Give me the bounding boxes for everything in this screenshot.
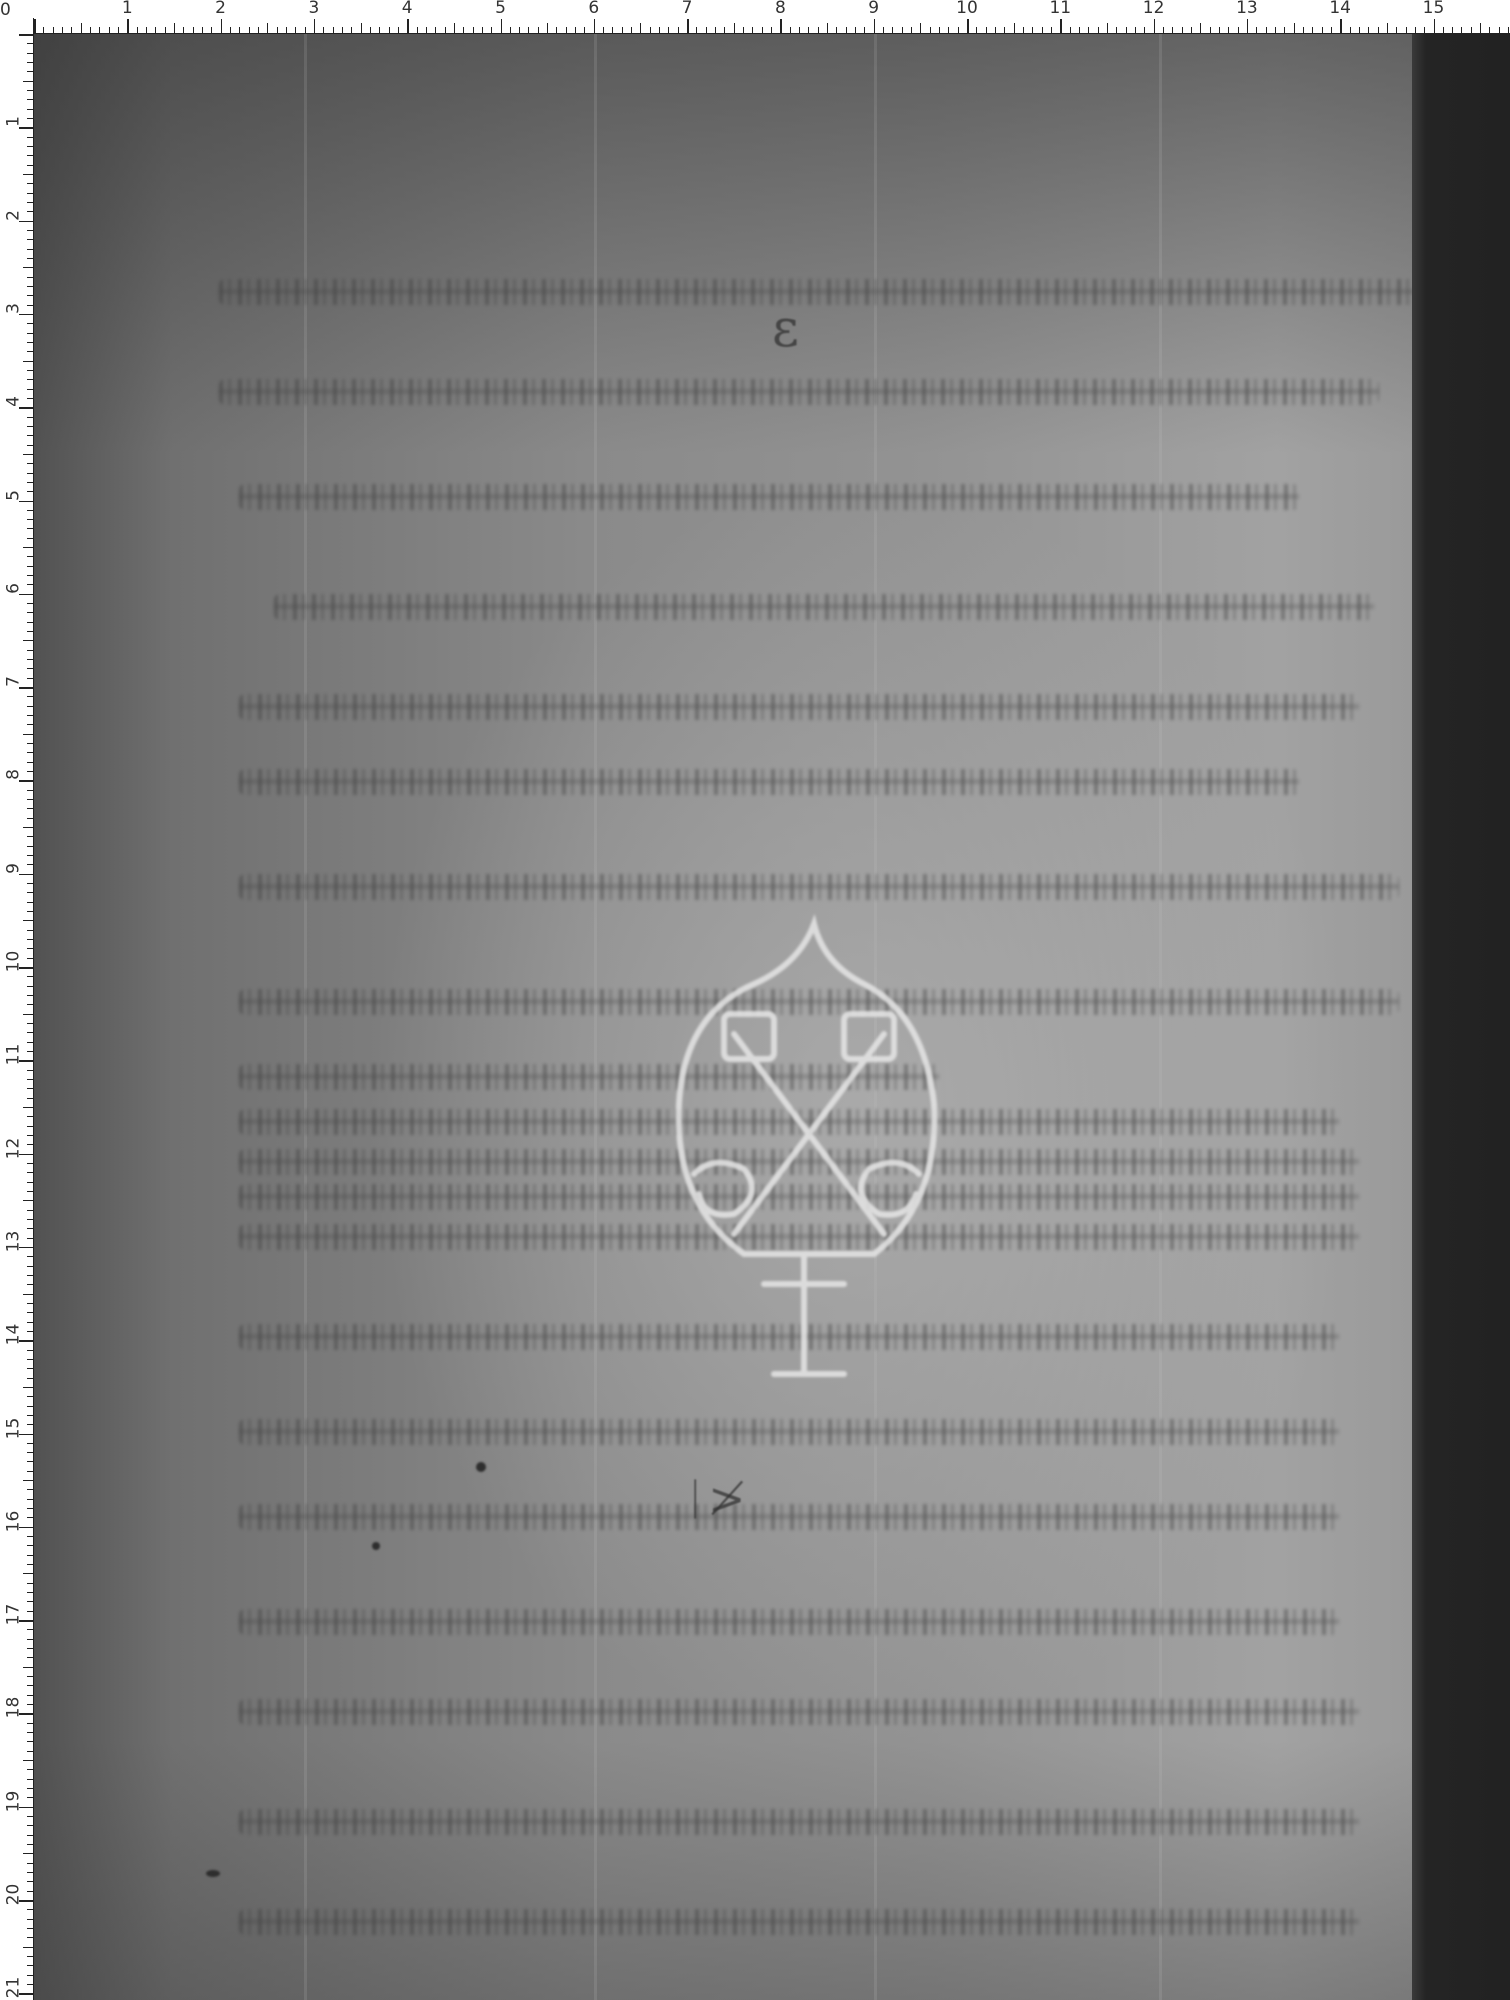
ruler-label: 4 [6, 389, 23, 415]
ruler-tick [379, 27, 380, 33]
ruler-label: 15 [6, 1415, 23, 1441]
ruler-tick [27, 1984, 33, 1985]
ruler-tick [27, 706, 33, 707]
ruler-label: 3 [308, 0, 319, 17]
ruler-tick [23, 1200, 33, 1201]
ruler-tick [1182, 27, 1183, 33]
ruler-tick [519, 27, 520, 33]
ruler-tick [1004, 27, 1005, 33]
handwriting-line [274, 594, 1374, 620]
ruler-tick [27, 1788, 33, 1789]
ruler-tick [27, 528, 33, 529]
ruler-tick [473, 27, 474, 33]
ruler-tick [27, 1163, 33, 1164]
ruler-tick [27, 1415, 33, 1416]
ruler-tick [1098, 27, 1099, 33]
ruler-tick [27, 1350, 33, 1351]
ruler-tick [27, 1312, 33, 1313]
ruler-tick [27, 193, 33, 194]
ruler-tick [155, 27, 156, 33]
ruler-label: 18 [6, 1695, 23, 1721]
ruler-tick [23, 734, 33, 735]
handwriting-line [219, 279, 1419, 305]
ruler-tick [27, 473, 33, 474]
ruler-tick [27, 519, 33, 520]
ruler-label: 7 [682, 0, 693, 17]
ruler-tick [27, 1872, 33, 1873]
ruler-tick [920, 23, 921, 33]
ruler-tick [27, 463, 33, 464]
ruler-tick [27, 1126, 33, 1127]
ruler-tick [27, 165, 33, 166]
ruler-tick [958, 27, 959, 33]
ruler-tick [27, 1424, 33, 1425]
ruler-tick [27, 603, 33, 604]
ruler-tick [846, 27, 847, 33]
ruler-tick [23, 1947, 33, 1948]
ruler-label: 4 [402, 0, 413, 17]
ruler-tick [27, 155, 33, 156]
ruler-tick [27, 417, 33, 418]
ruler-tick [1135, 27, 1136, 33]
ruler-label: 9 [868, 0, 879, 17]
ruler-label: 5 [495, 0, 506, 17]
ruler-tick [1312, 27, 1313, 33]
ruler-tick [678, 27, 679, 33]
ruler-tick [27, 230, 33, 231]
ruler-tick [27, 90, 33, 91]
ruler-tick [454, 23, 455, 33]
ruler-tick [27, 1303, 33, 1304]
ruler-tick [1163, 27, 1164, 33]
ruler-tick [27, 1471, 33, 1472]
ruler-label: 17 [6, 1602, 23, 1628]
ruler-tick [27, 1489, 33, 1490]
ruler-tick [109, 27, 110, 33]
ruler-label: 2 [6, 202, 23, 228]
ruler-tick [650, 27, 651, 33]
ruler-tick [1284, 27, 1285, 33]
ruler-tick [1452, 27, 1453, 33]
ruler-tick [1060, 19, 1062, 33]
ruler-tick [27, 351, 33, 352]
ruler-tick [27, 370, 33, 371]
ruler-tick [27, 678, 33, 679]
ruler-tick [27, 892, 33, 893]
ruler-tick [27, 482, 33, 483]
ruler-tick [27, 1695, 33, 1696]
ruler-tick [799, 27, 800, 33]
ruler-tick [305, 27, 306, 33]
ruler-tick [249, 27, 250, 33]
ruler-tick [27, 1368, 33, 1369]
ruler-tick [407, 19, 409, 33]
ruler-label: 16 [6, 1508, 23, 1534]
ruler-tick [27, 1816, 33, 1817]
ruler-tick [1406, 27, 1407, 33]
ruler-tick [27, 799, 33, 800]
ruler-tick [342, 27, 343, 33]
ruler-tick [27, 1751, 33, 1752]
ruler-tick [482, 27, 483, 33]
handwriting-line [239, 1809, 1359, 1835]
ruler-label: 7 [6, 669, 23, 695]
ink-spot [372, 1542, 380, 1550]
ruler-tick [27, 1517, 33, 1518]
handwriting-line [239, 694, 1359, 720]
ruler-tick [27, 1219, 33, 1220]
ruler-tick [27, 1182, 33, 1183]
ruler-tick [1489, 27, 1490, 33]
ruler-tick [27, 556, 33, 557]
ruler-tick [27, 342, 33, 343]
ruler-tick [27, 295, 33, 296]
ruler-tick [27, 1088, 33, 1089]
ruler-tick [27, 995, 33, 996]
ruler-tick [27, 790, 33, 791]
ruler-tick [27, 1629, 33, 1630]
ruler-tick [23, 1667, 33, 1668]
ruler-tick [27, 435, 33, 436]
ruler-tick [27, 1555, 33, 1556]
ruler-tick [27, 398, 33, 399]
ruler-tick [510, 27, 511, 33]
ruler-tick [267, 23, 268, 33]
ruler-label: 21 [6, 1975, 23, 2000]
ruler-tick [23, 547, 33, 548]
ruler-tick [435, 27, 436, 33]
ruler-tick [1331, 27, 1332, 33]
ruler-tick [193, 27, 194, 33]
ruler-tick [27, 743, 33, 744]
ruler-tick [27, 43, 33, 44]
ruler-tick [202, 27, 203, 33]
ruler-tick [976, 27, 977, 33]
ruler-tick [27, 258, 33, 259]
ruler-tick [27, 1172, 33, 1173]
ruler-tick [1359, 27, 1360, 33]
ruler-tick [27, 211, 33, 212]
ruler-tick [23, 1107, 33, 1108]
ruler-tick [27, 1732, 33, 1733]
ruler-tick [864, 27, 865, 33]
ruler-tick [902, 27, 903, 33]
ruler-tick [137, 27, 138, 33]
ruler-tick [27, 1284, 33, 1285]
handwriting-line [239, 1419, 1339, 1445]
ruler-tick [27, 510, 33, 511]
ruler-tick [27, 650, 33, 651]
ruler-tick [752, 27, 753, 33]
ruler-label: 5 [6, 482, 23, 508]
ruler-tick [27, 137, 33, 138]
ruler-tick [27, 1042, 33, 1043]
ruler-label: 1 [122, 0, 133, 17]
ruler-tick [1322, 27, 1323, 33]
ruler-tick [1350, 27, 1351, 33]
ruler-tick [27, 1275, 33, 1276]
ruler-tick [27, 1975, 33, 1976]
ruler-tick [27, 1545, 33, 1546]
ruler-tick [715, 27, 716, 33]
ruler-tick [808, 27, 809, 33]
ruler-tick [146, 27, 147, 33]
ruler-tick [53, 27, 54, 33]
ruler-label: 12 [6, 1135, 23, 1161]
ruler-tick [27, 668, 33, 669]
ruler-tick [1079, 27, 1080, 33]
ruler-tick [967, 19, 969, 33]
ruler-label: 11 [6, 1042, 23, 1068]
ruler-tick [1144, 27, 1145, 33]
ruler-tick [174, 23, 175, 33]
ruler-tick [818, 27, 819, 33]
ruler-tick [706, 27, 707, 33]
ruler-label: 6 [588, 0, 599, 17]
ruler-tick [1200, 23, 1201, 33]
ruler-tick [23, 1480, 33, 1481]
ruler-tick [27, 948, 33, 949]
ruler-tick [930, 27, 931, 33]
ruler-tick [27, 379, 33, 380]
ruler-tick [23, 1294, 33, 1295]
ruler-tick [463, 27, 464, 33]
ruler-tick [1256, 27, 1257, 33]
ruler-tick [27, 1331, 33, 1332]
ruler-tick [389, 27, 390, 33]
ruler-tick [538, 27, 539, 33]
ruler-tick [1434, 19, 1436, 33]
ruler-tick [501, 19, 503, 33]
ruler-tick [27, 1098, 33, 1099]
ruler-label: 8 [6, 762, 23, 788]
ruler-tick [27, 958, 33, 959]
ruler-tick [27, 1723, 33, 1724]
ruler-tick [27, 1909, 33, 1910]
ruler-tick [27, 818, 33, 819]
ruler-tick [1126, 27, 1127, 33]
ruler-tick [1116, 27, 1117, 33]
lower-mark: ᛁ≯ [682, 1474, 745, 1525]
ruler-tick [27, 1070, 33, 1071]
ruler-tick [1480, 23, 1481, 33]
ruler-tick [239, 27, 240, 33]
ruler-tick [27, 1191, 33, 1192]
ruler-tick [99, 27, 100, 33]
ruler-tick [1014, 23, 1015, 33]
upper-mark: ε [772, 299, 799, 359]
ruler-label: 3 [6, 295, 23, 321]
ruler-tick [1294, 23, 1295, 33]
ruler-tick [27, 118, 33, 119]
ruler-tick [27, 855, 33, 856]
ruler-tick [27, 939, 33, 940]
ruler-tick [27, 1919, 33, 1920]
ruler-tick [27, 1396, 33, 1397]
ruler-tick [27, 1322, 33, 1323]
ruler-tick [1032, 27, 1033, 33]
ruler-tick [23, 1853, 33, 1854]
ruler-label: 14 [6, 1322, 23, 1348]
ruler-tick [1107, 23, 1108, 33]
ruler-tick [836, 27, 837, 33]
ruler-tick [183, 27, 184, 33]
ruler-tick [27, 1583, 33, 1584]
ruler-tick [27, 1685, 33, 1686]
ruler-tick [27, 1797, 33, 1798]
ruler-tick [743, 27, 744, 33]
ruler-tick [855, 27, 856, 33]
ruler-tick [1378, 27, 1379, 33]
ruler-label: 20 [6, 1882, 23, 1908]
ruler-tick [1070, 27, 1071, 33]
ruler-label: 15 [1423, 0, 1445, 17]
ruler-tick [1219, 27, 1220, 33]
ruler-tick [948, 27, 949, 33]
ruler-tick [27, 1779, 33, 1780]
ruler-tick [81, 23, 82, 33]
ruler-tick [27, 1378, 33, 1379]
ruler-tick [790, 27, 791, 33]
ruler-tick [1172, 27, 1173, 33]
ruler-tick [27, 575, 33, 576]
ruler-tick [986, 27, 987, 33]
ruler-origin-label: 0 [0, 0, 11, 20]
ruler-tick [1247, 19, 1249, 33]
ruler-tick [1415, 27, 1416, 33]
ruler-label: 10 [956, 0, 978, 17]
ruler-tick [631, 27, 632, 33]
ruler-tick [333, 27, 334, 33]
ruler-tick [43, 27, 44, 33]
ruler-tick [27, 1835, 33, 1836]
ruler-tick [27, 584, 33, 585]
ruler-tick [361, 23, 362, 33]
ruler-tick [27, 1144, 33, 1145]
ruler-tick [883, 27, 884, 33]
ruler-tick [27, 62, 33, 63]
ruler-tick [594, 19, 596, 33]
ruler-tick [286, 27, 287, 33]
ruler-tick [23, 81, 33, 82]
ruler-tick [295, 27, 296, 33]
ruler-tick [27, 305, 33, 306]
ruler-tick [27, 1937, 33, 1938]
handwriting-line [239, 1699, 1359, 1725]
ruler-tick [27, 1210, 33, 1211]
ruler-tick [27, 538, 33, 539]
ruler-tick [734, 23, 735, 33]
ruler-tick [23, 267, 33, 268]
ruler-tick [27, 808, 33, 809]
ruler-tick [491, 27, 492, 33]
ruler-tick [27, 1461, 33, 1462]
ruler-tick [62, 27, 63, 33]
ruler-tick [1396, 27, 1397, 33]
ruler-tick [27, 1592, 33, 1593]
ruler-tick [27, 202, 33, 203]
ruler-tick [27, 1116, 33, 1117]
ruler-tick [211, 27, 212, 33]
ruler-tick [71, 27, 72, 33]
ruler-tick [27, 323, 33, 324]
ruler-tick [445, 27, 446, 33]
ruler-tick [27, 277, 33, 278]
ruler-tick [426, 27, 427, 33]
left-ruler: 123456789101112131415161718192021 [0, 18, 34, 2000]
ruler-tick [1088, 27, 1089, 33]
ruler-tick [780, 19, 782, 33]
ruler-tick [27, 1004, 33, 1005]
ruler-tick [27, 1266, 33, 1267]
ruler-tick [27, 1238, 33, 1239]
ruler-label: 13 [6, 1228, 23, 1254]
ruler-tick [314, 19, 316, 33]
ruler-tick [27, 846, 33, 847]
ruler-tick [27, 1443, 33, 1444]
ruler-tick [547, 23, 548, 33]
ruler-tick [27, 836, 33, 837]
ruler-tick [566, 27, 567, 33]
ruler-tick [27, 631, 33, 632]
ruler-tick [892, 27, 893, 33]
ruler-tick [1303, 27, 1304, 33]
ruler-tick [911, 27, 912, 33]
ruler-tick [27, 612, 33, 613]
ruler-tick [27, 146, 33, 147]
ruler-label: 12 [1143, 0, 1165, 17]
ruler-tick [27, 659, 33, 660]
ruler-tick [622, 27, 623, 33]
handwriting-line [239, 874, 1399, 900]
ruler-label: 19 [6, 1788, 23, 1814]
ruler-label: 10 [6, 949, 23, 975]
ruler-tick [1340, 19, 1342, 33]
ruler-tick [27, 864, 33, 865]
ruler-tick [27, 389, 33, 390]
ruler-tick [165, 27, 166, 33]
ruler-tick [23, 1014, 33, 1015]
ruler-label: 9 [6, 855, 23, 881]
ruler-tick [771, 27, 772, 33]
ruler-tick [23, 827, 33, 828]
ruler-tick [584, 27, 585, 33]
ruler-tick [27, 426, 33, 427]
ruler-tick [27, 1676, 33, 1677]
scanner-dark-margin [1412, 34, 1510, 2000]
ruler-tick [1387, 23, 1388, 33]
ruler-tick [23, 1760, 33, 1761]
ruler-tick [27, 99, 33, 100]
ruler-tick [874, 19, 876, 33]
top-ruler: 1234567891011121314151 [18, 0, 1510, 34]
ruler-tick [27, 1769, 33, 1770]
ruler-tick [27, 1079, 33, 1080]
ruler-tick [23, 920, 33, 921]
ruler-tick [230, 27, 231, 33]
ruler-tick [1238, 27, 1239, 33]
ruler-tick [1042, 27, 1043, 33]
ruler-tick [19, 34, 33, 36]
ruler-tick [27, 1844, 33, 1845]
ruler-tick [27, 1956, 33, 1957]
ruler-tick [1191, 27, 1192, 33]
ruler-tick [398, 27, 399, 33]
ruler-tick [27, 286, 33, 287]
ruler-tick [27, 976, 33, 977]
ruler-tick [27, 1564, 33, 1565]
ruler-tick [1508, 27, 1509, 33]
